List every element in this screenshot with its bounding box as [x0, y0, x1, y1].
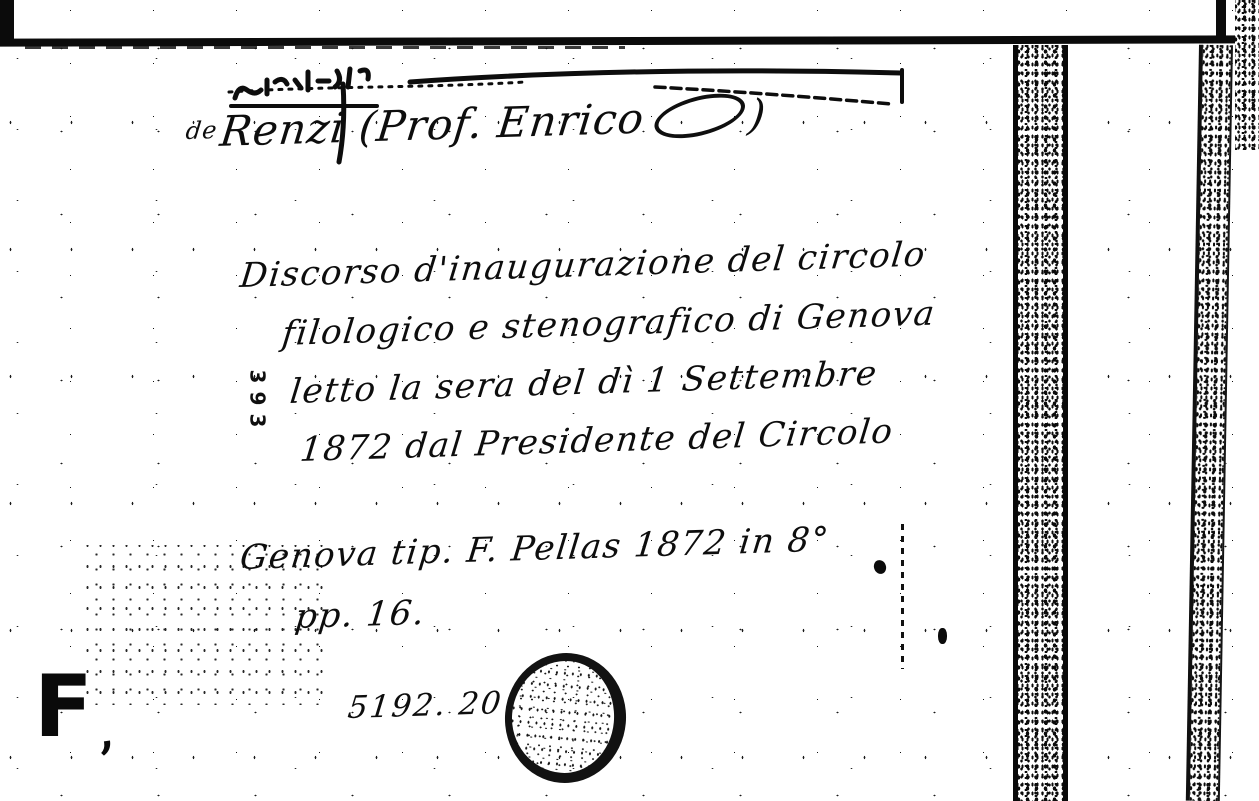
card-frame-left-corner	[0, 0, 14, 45]
imprint-line: pp. 16.	[293, 597, 423, 637]
ink-blob	[872, 558, 888, 575]
title-line: letto la sera del dì 1 Settembre	[288, 372, 873, 412]
frame-rough-underline	[25, 46, 625, 49]
title-line: Discorso d'inaugurazione del circolo	[238, 256, 921, 296]
corner-letter: F	[34, 664, 91, 750]
scanned-catalog-card: deRenzi (Prof. Enrico) Discorso d'inaugu…	[0, 0, 1259, 801]
scan-edge-smudge	[1235, 0, 1259, 150]
page-edge-shadow-bar	[1186, 45, 1233, 801]
title-line: filologico e stenografico di Genova	[280, 314, 931, 354]
shelfmark: 5192. 20	[346, 690, 500, 726]
card-frame-bottom-edge	[0, 35, 1259, 46]
round-ink-stamp-icon	[500, 648, 632, 788]
side-number: 3 9 3	[250, 366, 264, 431]
author-line: deRenzi (Prof. Enrico)	[183, 108, 761, 157]
corner-letter-mark: ,	[95, 711, 116, 757]
imprint-line: Genova tip. F. Pellas 1872 in 8°	[238, 538, 825, 578]
dotted-vertical-rule	[901, 524, 904, 669]
author-prefix: de	[184, 116, 219, 145]
binding-shadow-bar	[1013, 45, 1068, 801]
ink-blob	[938, 628, 947, 644]
strikethrough-oval-icon	[652, 86, 747, 146]
title-line: 1872 dal Presidente del Circolo	[298, 430, 889, 470]
card-frame-right-corner	[1216, 0, 1226, 42]
